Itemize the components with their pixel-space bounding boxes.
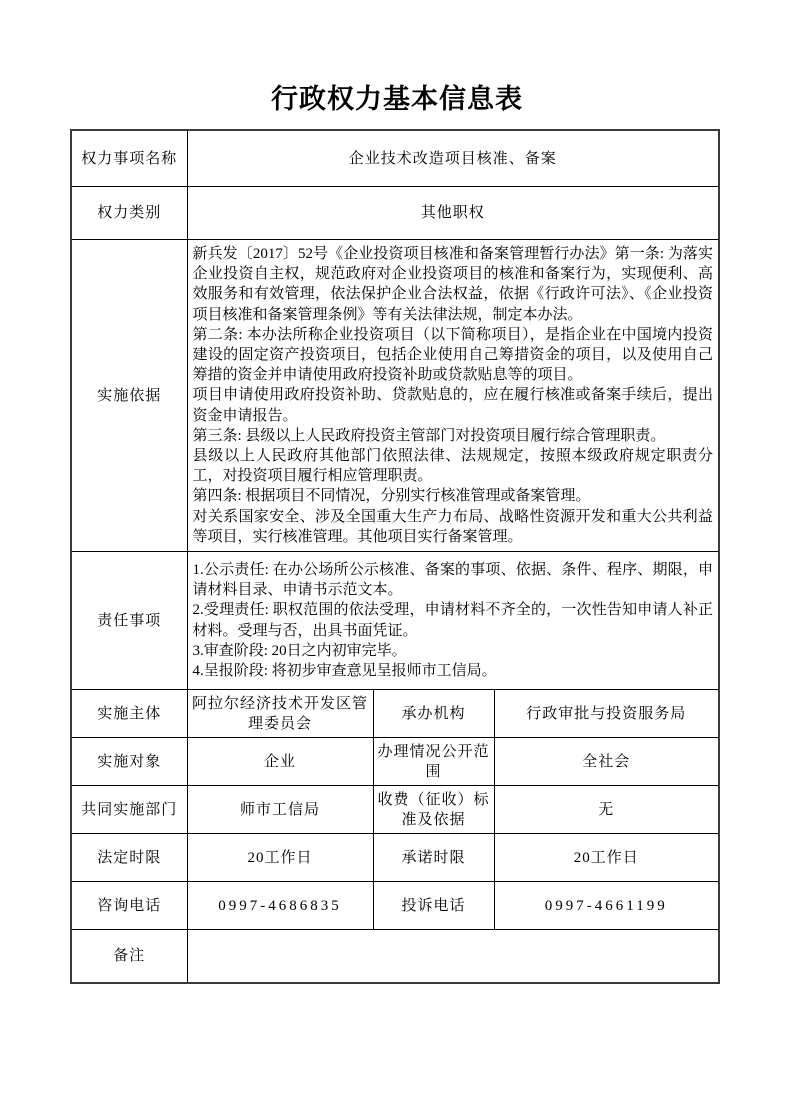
undertaking-organization-value: 行政审批与投资服务局 <box>494 690 719 738</box>
statutory-time-limit-label: 法定时限 <box>71 834 187 882</box>
row-implementation-target: 实施对象 企业 办理情况公开范围 全社会 <box>71 738 719 786</box>
row-remark: 备注 <box>71 930 719 984</box>
row-responsibility-items: 责任事项 1.公示责任: 在办公场所公示核准、备案的事项、依据、条件、程序、期限… <box>71 552 719 690</box>
row-implementation-basis: 实施依据 新兵发〔2017〕52号《企业投资项目核准和备案管理暂行办法》第一条:… <box>71 240 719 552</box>
implementing-body-label: 实施主体 <box>71 690 187 738</box>
undertaking-organization-label: 承办机构 <box>373 690 494 738</box>
complaint-phone-value: 0997-4661199 <box>494 882 719 930</box>
category-value: 其他职权 <box>187 187 719 240</box>
category-label: 权力类别 <box>71 187 187 240</box>
fee-standard-label: 收费（征收）标准及依据 <box>373 786 494 834</box>
row-time-limits: 法定时限 20工作日 承诺时限 20工作日 <box>71 834 719 882</box>
row-implementing-body: 实施主体 阿拉尔经济技术开发区管理委员会 承办机构 行政审批与投资服务局 <box>71 690 719 738</box>
row-phones: 咨询电话 0997-4686835 投诉电话 0997-4661199 <box>71 882 719 930</box>
basis-text: 新兵发〔2017〕52号《企业投资项目核准和备案管理暂行办法》第一条: 为落实企… <box>187 240 719 552</box>
disclosure-scope-value: 全社会 <box>494 738 719 786</box>
document-page: 行政权力基本信息表 权力事项名称 企业技术改造项目核准、备案 权力类别 其他职权… <box>0 0 794 1108</box>
statutory-time-limit-value: 20工作日 <box>187 834 373 882</box>
promised-time-limit-label: 承诺时限 <box>373 834 494 882</box>
implementation-target-label: 实施对象 <box>71 738 187 786</box>
consultation-phone-value: 0997-4686835 <box>187 882 373 930</box>
disclosure-scope-label: 办理情况公开范围 <box>373 738 494 786</box>
fee-standard-value: 无 <box>494 786 719 834</box>
row-item-name: 权力事项名称 企业技术改造项目核准、备案 <box>71 130 719 187</box>
duty-label: 责任事项 <box>71 552 187 690</box>
promised-time-limit-value: 20工作日 <box>494 834 719 882</box>
implementation-target-value: 企业 <box>187 738 373 786</box>
remark-label: 备注 <box>71 930 187 984</box>
joint-implementation-dept-label: 共同实施部门 <box>71 786 187 834</box>
row-category: 权力类别 其他职权 <box>71 187 719 240</box>
complaint-phone-label: 投诉电话 <box>373 882 494 930</box>
row-joint-implementation-dept: 共同实施部门 师市工信局 收费（征收）标准及依据 无 <box>71 786 719 834</box>
joint-implementation-dept-value: 师市工信局 <box>187 786 373 834</box>
remark-value <box>187 930 719 984</box>
page-title: 行政权力基本信息表 <box>0 0 794 115</box>
duty-text: 1.公示责任: 在办公场所公示核准、备案的事项、依据、条件、程序、期限，申请材料… <box>187 552 719 690</box>
info-table: 权力事项名称 企业技术改造项目核准、备案 权力类别 其他职权 实施依据 新兵发〔… <box>70 129 720 984</box>
item-name-value: 企业技术改造项目核准、备案 <box>187 130 719 187</box>
item-name-label: 权力事项名称 <box>71 130 187 187</box>
basis-label: 实施依据 <box>71 240 187 552</box>
implementing-body-value: 阿拉尔经济技术开发区管理委员会 <box>187 690 373 738</box>
consultation-phone-label: 咨询电话 <box>71 882 187 930</box>
